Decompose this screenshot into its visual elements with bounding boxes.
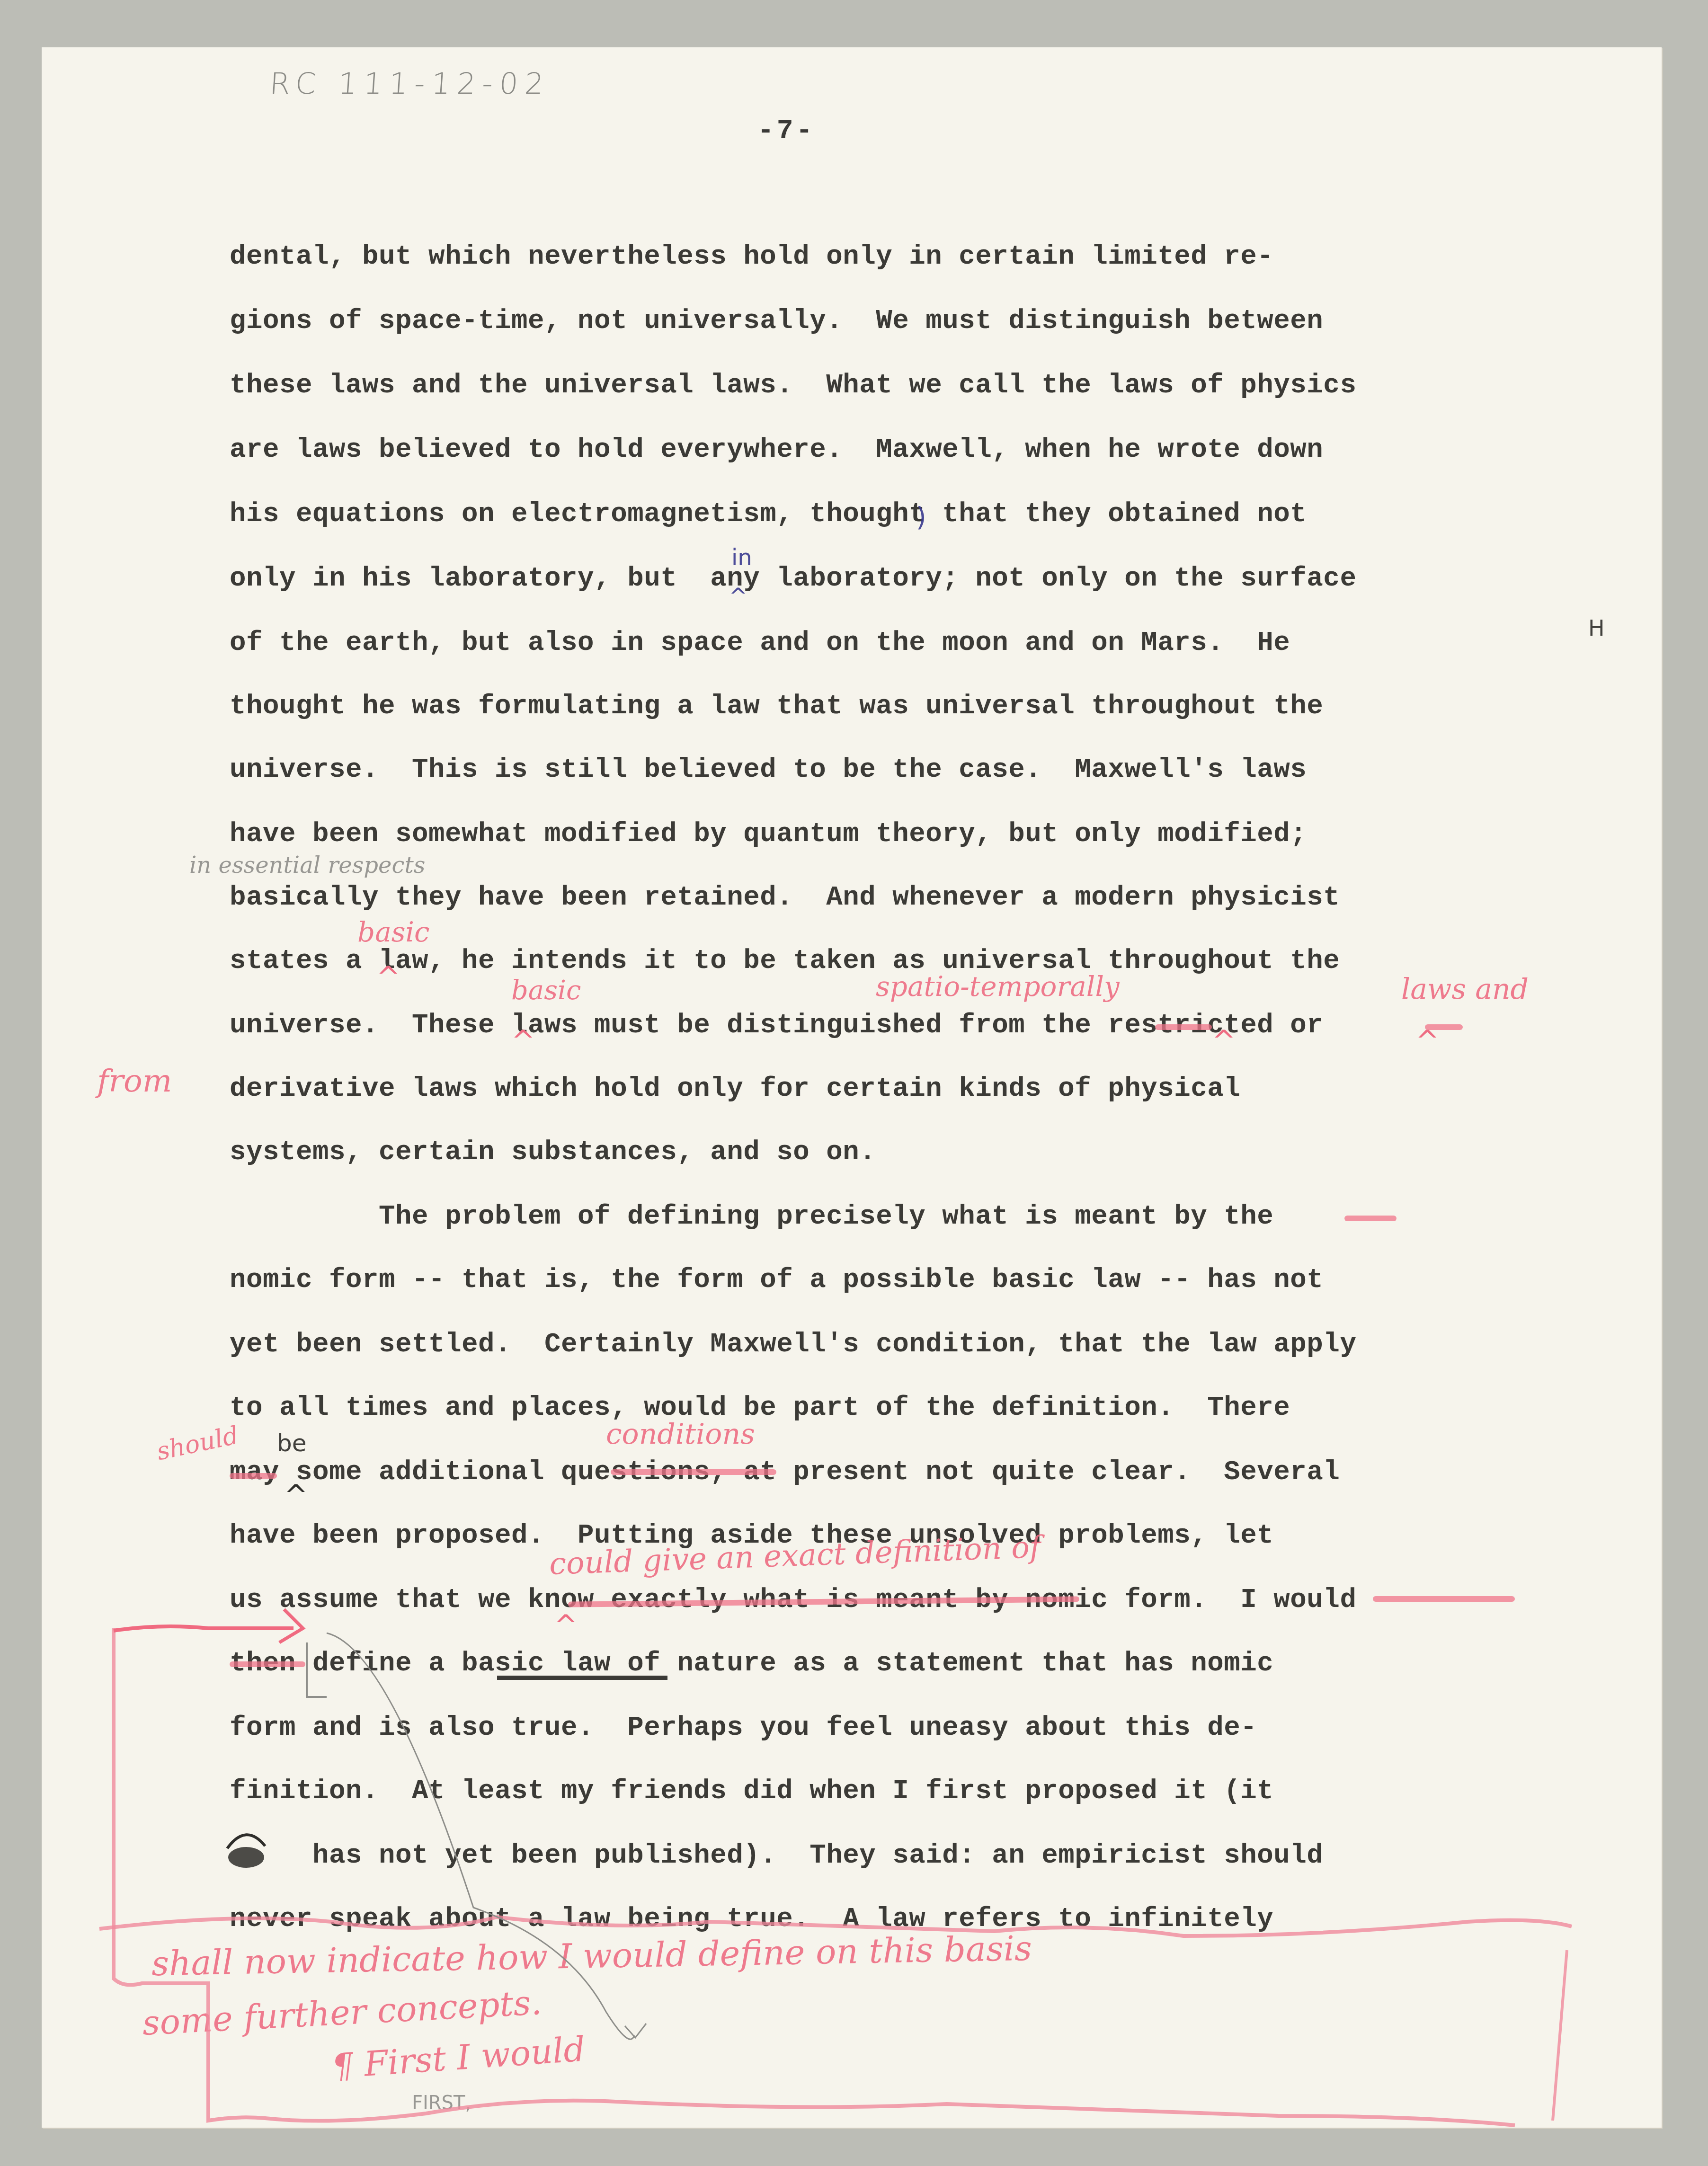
annotation-strokes — [0, 0, 1708, 2166]
